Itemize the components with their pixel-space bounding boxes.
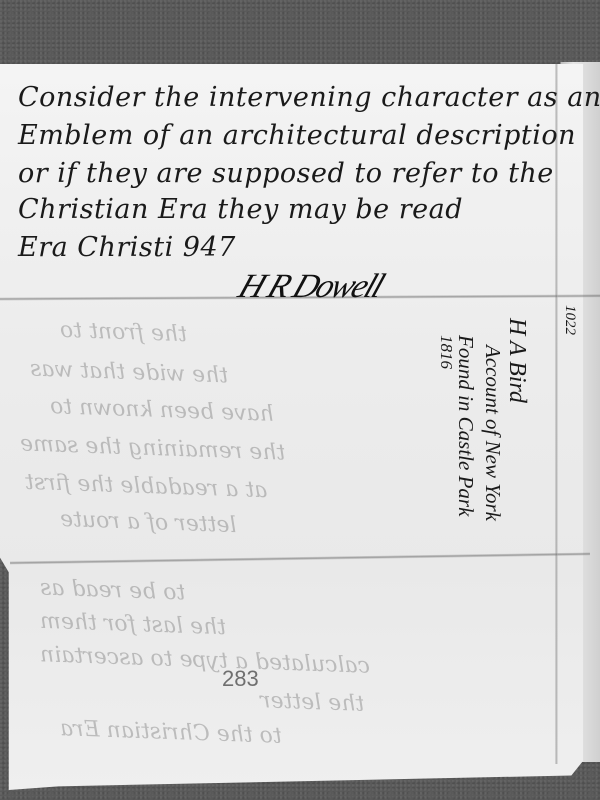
pencil-notation: 283 bbox=[222, 666, 259, 692]
bleed-through-line: to be read as bbox=[40, 575, 186, 605]
docket-line-3: Found in Castle Park bbox=[453, 335, 478, 516]
letter-line-5: Era Christi 947 bbox=[18, 232, 236, 263]
docket-line-2: Account of New York bbox=[480, 345, 505, 521]
letter-line-3: or if they are supposed to refer to the bbox=[18, 158, 554, 189]
docket-number: 1022 bbox=[561, 305, 578, 335]
letter-line-2: Emblem of an architectural description bbox=[18, 120, 576, 151]
docket-year: 1816 bbox=[436, 335, 456, 369]
letter-line-1: Consider the intervening character as an bbox=[18, 82, 600, 113]
bleed-through-line: the front to bbox=[60, 318, 188, 347]
docket-line-1: H A Bird bbox=[503, 318, 530, 403]
vertical-fold bbox=[555, 64, 558, 764]
letter-line-4: Christian Era they may be read bbox=[18, 194, 463, 225]
bleed-through-line: the letter bbox=[260, 688, 365, 717]
signature: H R Dowell bbox=[233, 268, 387, 306]
